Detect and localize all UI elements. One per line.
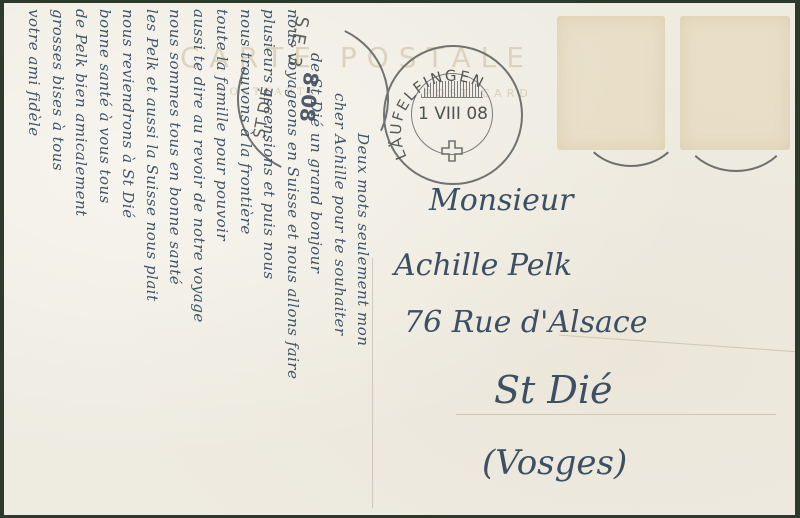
message-line: cher Achille pour te souhaiter	[331, 93, 349, 336]
message-line: plusieurs ascensions et puis nous	[260, 9, 278, 280]
address-salutation: Monsieur	[429, 183, 574, 218]
address-name: Achille Pelk	[394, 248, 572, 283]
address-city: St Dié	[494, 368, 613, 412]
message-line: de St Dié un grand bonjour	[307, 53, 325, 273]
postcard: CARTE POSTALE POSTKARTE POST CARD S.E. 3…	[4, 3, 795, 515]
postmark-town-arc: LÄUFELFINGEN	[385, 47, 521, 183]
divider-line	[372, 258, 373, 508]
address-region: (Vosges)	[482, 443, 627, 483]
message-line: nous trouvons à la frontière	[237, 9, 255, 235]
address-street: 76 Rue d'Alsace	[404, 305, 647, 340]
cancel-arc	[579, 78, 683, 167]
message-line: les Pelk et aussi la Suisse nous plait	[143, 9, 161, 302]
swiss-postmark: 1 VIII 08 LÄUFELFINGEN	[383, 45, 523, 185]
message-line: nous voyageons en Suisse et nous allons …	[284, 9, 302, 379]
message-line: aussi te dire au revoir de notre voyage	[190, 9, 208, 323]
message-line: Deux mots seulement mon	[354, 133, 372, 346]
message-line: votre ami fidèle	[25, 9, 43, 137]
message-line: toute la famille pour pouvoir	[213, 9, 231, 241]
svg-text:LÄUFELFINGEN: LÄUFELFINGEN	[386, 67, 488, 163]
message-line: de Pelk bien amicalement	[72, 9, 90, 217]
address-rule	[456, 414, 776, 415]
message-line: nous reviendrons à St Dié	[119, 9, 137, 219]
message-line: bonne santé à vous tous	[96, 9, 114, 204]
street-underline	[559, 335, 795, 353]
message-line: nous sommes tous en bonne santé	[166, 9, 184, 285]
message-line: grosses bises à tous	[49, 9, 67, 171]
